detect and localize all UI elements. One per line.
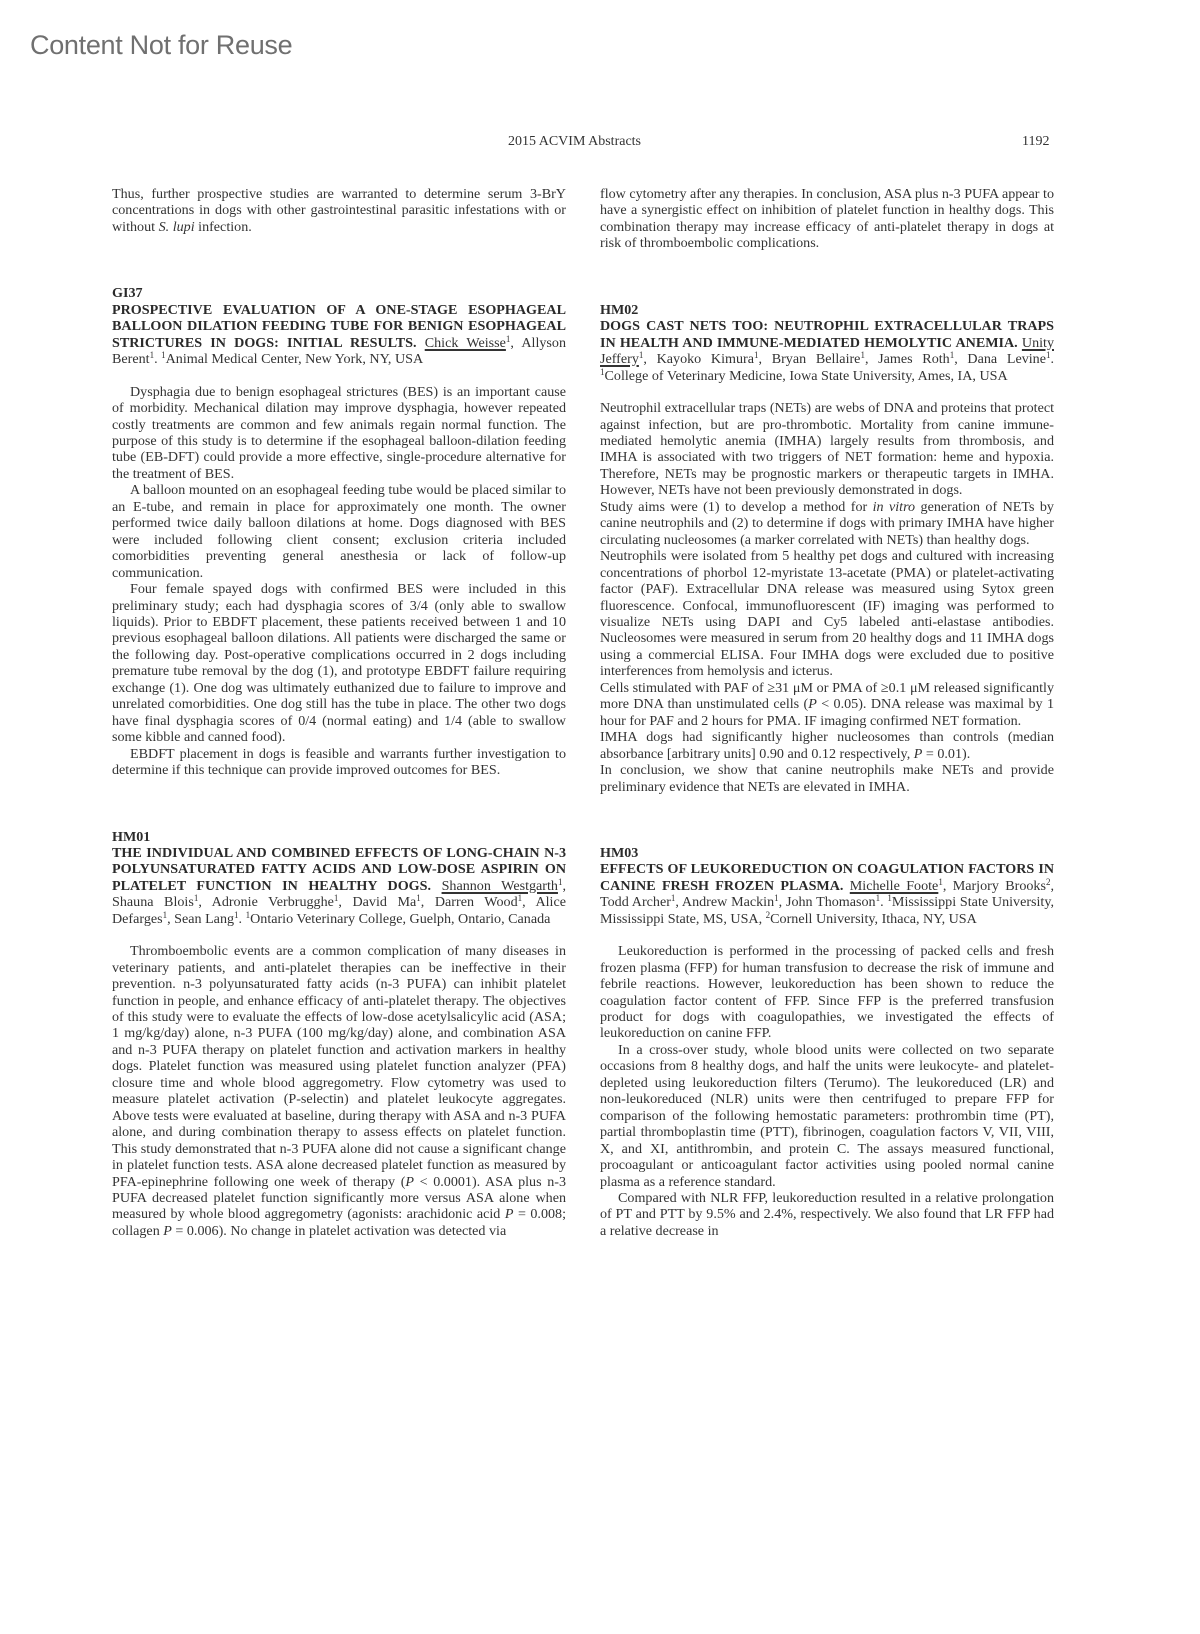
presenting-author: Michelle Foote bbox=[850, 878, 939, 894]
affiliation: Cornell University, Ithaca, NY, USA bbox=[770, 911, 977, 927]
abstract-header: PROSPECTIVE EVALUATION OF A ONE-STAGE ES… bbox=[112, 302, 566, 368]
abstract-paragraph: Leukoreduction is performed in the proce… bbox=[600, 943, 1054, 1042]
abstract-paragraph: EBDFT placement in dogs is feasible and … bbox=[112, 746, 566, 779]
abstract-hm01: HM01 THE INDIVIDUAL AND COMBINED EFFECTS… bbox=[112, 829, 566, 1240]
abstract-paragraph: Dysphagia due to benign esophageal stric… bbox=[112, 384, 566, 483]
abstract-paragraph: In conclusion, we show that canine neutr… bbox=[600, 762, 1054, 795]
previous-abstract-continuation: Thus, further prospective studies are wa… bbox=[112, 186, 566, 235]
watermark: Content Not for Reuse bbox=[30, 30, 292, 61]
presenting-author: Chick Weisse bbox=[425, 335, 506, 351]
abstract-paragraph: Compared with NLR FFP, leukoreduction re… bbox=[600, 1190, 1054, 1239]
abstract-id: GI37 bbox=[112, 285, 566, 301]
abstract-hm02: HM02 DOGS CAST NETS TOO: NEUTROPHIL EXTR… bbox=[600, 302, 1054, 795]
abstract-header: DOGS CAST NETS TOO: NEUTROPHIL EXTRACELL… bbox=[600, 318, 1054, 384]
abstract-gi37: GI37 PROSPECTIVE EVALUATION OF A ONE-STA… bbox=[112, 285, 566, 778]
abstract-header: EFFECTS OF LEUKOREDUCTION ON COAGULATION… bbox=[600, 861, 1054, 927]
abstract-paragraph: Neutrophil extracellular traps (NETs) ar… bbox=[600, 400, 1054, 499]
abstract-paragraph: Thromboembolic events are a common compl… bbox=[112, 943, 566, 1239]
abstract-paragraph: Four female spayed dogs with confirmed B… bbox=[112, 581, 566, 746]
abstract-title: DOGS CAST NETS TOO: NEUTROPHIL EXTRACELL… bbox=[600, 318, 1054, 350]
abstract-id: HM03 bbox=[600, 845, 1054, 861]
journal-title: 2015 ACVIM Abstracts bbox=[508, 134, 641, 150]
abstract-paragraph: IMHA dogs had significantly higher nucle… bbox=[600, 729, 1054, 762]
abstract-paragraph: Study aims were (1) to develop a method … bbox=[600, 499, 1054, 548]
left-column: Thus, further prospective studies are wa… bbox=[112, 186, 566, 1239]
abstract-paragraph: A balloon mounted on an esophageal feedi… bbox=[112, 482, 566, 581]
page-number: 1192 bbox=[1022, 134, 1049, 150]
abstract-paragraph: In a cross-over study, whole blood units… bbox=[600, 1042, 1054, 1190]
affiliation: Animal Medical Center, New York, NY, USA bbox=[166, 351, 424, 367]
affiliation: Ontario Veterinary College, Guelph, Onta… bbox=[250, 911, 550, 927]
abstract-hm03: HM03 EFFECTS OF LEUKOREDUCTION ON COAGUL… bbox=[600, 845, 1054, 1239]
abstract-paragraph: Cells stimulated with PAF of ≥31 μM or P… bbox=[600, 680, 1054, 729]
abstract-id: HM02 bbox=[600, 302, 1054, 318]
hm01-continuation: flow cytometry after any therapies. In c… bbox=[600, 186, 1054, 252]
presenting-author: Shannon Westgarth bbox=[442, 878, 558, 894]
abstract-id: HM01 bbox=[112, 829, 566, 845]
abstract-paragraph: Neutrophils were isolated from 5 healthy… bbox=[600, 548, 1054, 680]
right-column: flow cytometry after any therapies. In c… bbox=[600, 186, 1054, 1239]
affiliation: College of Veterinary Medicine, Iowa Sta… bbox=[605, 368, 1008, 384]
abstract-header: THE INDIVIDUAL AND COMBINED EFFECTS OF L… bbox=[112, 845, 566, 927]
